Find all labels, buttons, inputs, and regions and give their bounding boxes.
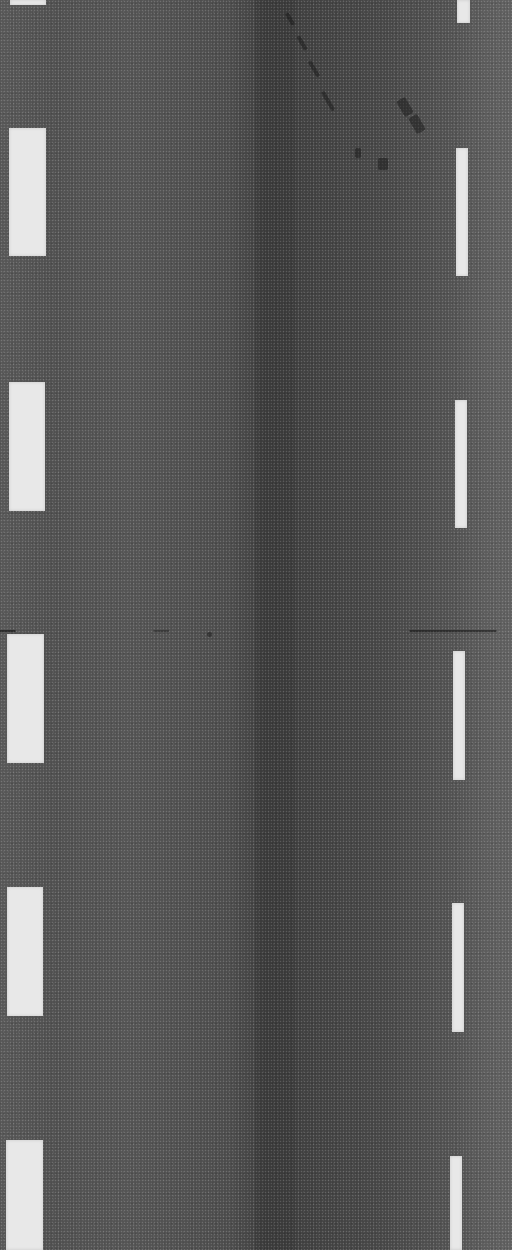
- transverse-crack: [0, 630, 512, 632]
- lane-marking-left: [6, 1140, 43, 1250]
- lane-marking-left: [7, 634, 44, 763]
- lane-marking-left: [7, 887, 43, 1016]
- skid-mark: [355, 148, 361, 158]
- lane-marking-right: [455, 400, 467, 528]
- lane-marking-left: [10, 0, 46, 5]
- lane-marking-right: [456, 148, 468, 276]
- lane-marking-right: [450, 1156, 462, 1250]
- lane-marking-right: [457, 0, 470, 23]
- wheel-path-band: [255, 0, 295, 1250]
- lane-marking-right: [453, 651, 465, 780]
- road-surface: [0, 0, 512, 1250]
- lane-marking-left: [9, 382, 45, 511]
- lane-marking-right: [452, 903, 464, 1032]
- lane-marking-left: [9, 128, 46, 256]
- skid-mark: [378, 158, 388, 170]
- pothole-spot: [207, 632, 212, 637]
